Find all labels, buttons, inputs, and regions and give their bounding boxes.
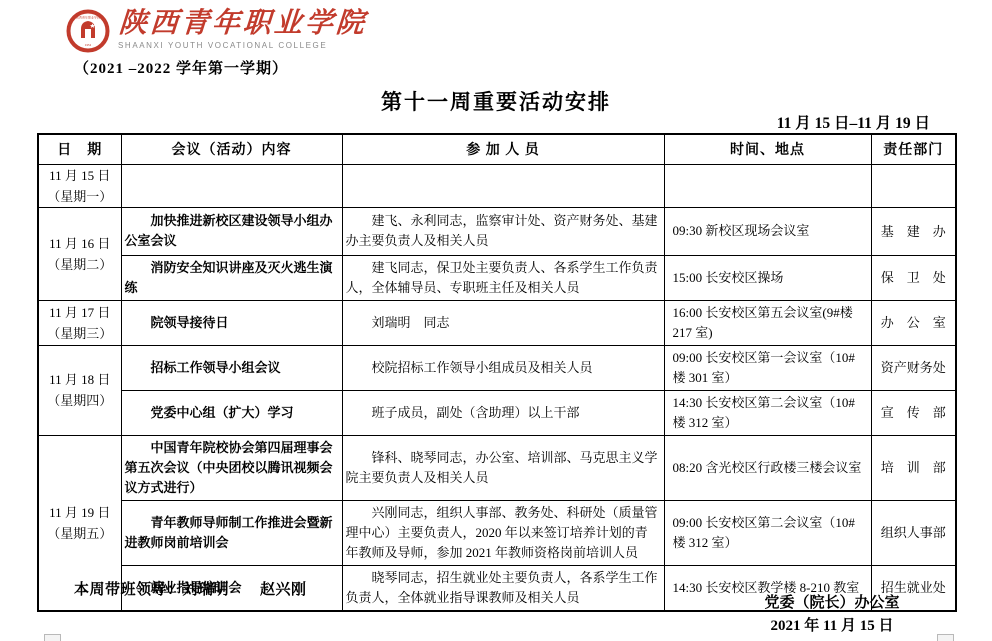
table-row: 青年教师导师制工作推进会暨新进教师岗前培训会 兴刚同志，组织人事部、教务处、科研… (38, 500, 956, 565)
issuer-office: 党委（院长）办公室 (722, 592, 942, 615)
time-place-cell: 09:00 长安校区第一会议室（10#楼 301 室） (664, 345, 871, 390)
college-seal-icon: 陕西青年职业学院 1952 (66, 9, 110, 53)
table-header-row: 日 期 会议（活动）内容 参 加 人 员 时间、地点 责任部门 (38, 134, 956, 164)
participants-cell: 锋科、晓琴同志，办公室、培训部、马克思主义学院主要负责人及相关人员 (342, 435, 664, 500)
table-row: 11 月 17 日 （星期三） 院领导接待日 刘瑞明 同志 16:00 长安校区… (38, 300, 956, 345)
time-place-cell: 15:00 长安校区操场 (664, 255, 871, 300)
time-place-cell: 14:30 长安校区第二会议室（10#楼 312 室） (664, 390, 871, 435)
document-page: 陕西青年职业学院 1952 陕西青年职业学院 SHAANXI YOUTH VOC… (0, 0, 992, 641)
signature-block: 党委（院长）办公室 2021 年 11 月 15 日 (722, 592, 942, 638)
date-cell-tue: 11 月 16 日 （星期二） (38, 207, 121, 300)
date-cell-thu: 11 月 18 日 （星期四） (38, 345, 121, 435)
college-letterhead: 陕西青年职业学院 1952 陕西青年职业学院 SHAANXI YOUTH VOC… (66, 9, 366, 53)
participants-cell: 班子成员，副处（含助理）以上干部 (342, 390, 664, 435)
department-cell: 办 公 室 (871, 300, 956, 345)
department-cell: 培 训 部 (871, 435, 956, 500)
participants-cell (342, 164, 664, 207)
table-row: 11 月 15 日 （星期一） (38, 164, 956, 207)
content-cell: 加快推进新校区建设领导小组办公室会议 (121, 207, 342, 255)
time-place-cell: 09:00 长安校区第二会议室（10#楼 312 室） (664, 500, 871, 565)
duty-leaders-line: 本周带班领导：刘瑞明 赵兴刚 (74, 578, 307, 599)
college-name-cn: 陕西青年职业学院 (118, 10, 368, 38)
table-row: 消防安全知识讲座及灭火逃生演练 建飞同志，保卫处主要负责人、各系学生工作负责人，… (38, 255, 956, 300)
content-cell: 消防安全知识讲座及灭火逃生演练 (121, 255, 342, 300)
content-cell (121, 164, 342, 207)
svg-text:1952: 1952 (85, 43, 92, 47)
college-name-block: 陕西青年职业学院 SHAANXI YOUTH VOCATIONAL COLLEG… (118, 10, 366, 50)
participants-cell: 建飞同志，保卫处主要负责人、各系学生工作负责人，全体辅导员、专职班主任及相关人员 (342, 255, 664, 300)
time-place-cell (664, 164, 871, 207)
col-header-department: 责任部门 (871, 134, 956, 164)
department-cell (871, 164, 956, 207)
department-cell: 宣 传 部 (871, 390, 956, 435)
semester-label: （2021 –2022 学年第一学期） (74, 57, 288, 78)
table-row: 11 月 19 日 （星期五） 中国青年院校协会第四届理事会第五次会议（中央团校… (38, 435, 956, 500)
time-place-cell: 09:30 新校区现场会议室 (664, 207, 871, 255)
department-cell: 基 建 办 (871, 207, 956, 255)
schedule-table: 日 期 会议（活动）内容 参 加 人 员 时间、地点 责任部门 11 月 15 … (37, 133, 957, 612)
date-cell-mon: 11 月 15 日 （星期一） (38, 164, 121, 207)
department-cell: 保 卫 处 (871, 255, 956, 300)
content-cell: 党委中心组（扩大）学习 (121, 390, 342, 435)
department-cell: 组织人事部 (871, 500, 956, 565)
participants-cell: 建飞、永利同志，监察审计处、资产财务处、基建办主要负责人及相关人员 (342, 207, 664, 255)
participants-cell: 晓琴同志，招生就业处主要负责人，各系学生工作负责人，全体就业指导课教师及相关人员 (342, 565, 664, 611)
time-place-cell: 08:20 含光校区行政楼三楼会议室 (664, 435, 871, 500)
issue-date: 2021 年 11 月 15 日 (722, 615, 942, 638)
col-header-participants: 参 加 人 员 (342, 134, 664, 164)
content-cell: 青年教师导师制工作推进会暨新进教师岗前培训会 (121, 500, 342, 565)
next-page-stub-left (44, 634, 61, 641)
department-cell: 资产财务处 (871, 345, 956, 390)
table-row: 11 月 16 日 （星期二） 加快推进新校区建设领导小组办公室会议 建飞、永利… (38, 207, 956, 255)
col-header-date: 日 期 (38, 134, 121, 164)
time-place-cell: 16:00 长安校区第五会议室(9#楼 217 室) (664, 300, 871, 345)
week-date-range: 11 月 15 日–11 月 19 日 (777, 111, 930, 133)
date-cell-wed: 11 月 17 日 （星期三） (38, 300, 121, 345)
participants-cell: 校院招标工作领导小组成员及相关人员 (342, 345, 664, 390)
svg-text:陕西青年职业学院: 陕西青年职业学院 (76, 15, 100, 20)
content-cell: 中国青年院校协会第四届理事会第五次会议（中央团校以腾讯视频会议方式进行） (121, 435, 342, 500)
participants-cell: 刘瑞明 同志 (342, 300, 664, 345)
col-header-content: 会议（活动）内容 (121, 134, 342, 164)
next-page-stub-right (937, 634, 954, 641)
content-cell: 院领导接待日 (121, 300, 342, 345)
content-cell: 招标工作领导小组会议 (121, 345, 342, 390)
college-name-en: SHAANXI YOUTH VOCATIONAL COLLEGE (118, 41, 366, 50)
col-header-time-place: 时间、地点 (664, 134, 871, 164)
table-row: 党委中心组（扩大）学习 班子成员，副处（含助理）以上干部 14:30 长安校区第… (38, 390, 956, 435)
table-row: 11 月 18 日 （星期四） 招标工作领导小组会议 校院招标工作领导小组成员及… (38, 345, 956, 390)
participants-cell: 兴刚同志，组织人事部、教务处、科研处（质量管理中心）主要负责人，2020 年以来… (342, 500, 664, 565)
